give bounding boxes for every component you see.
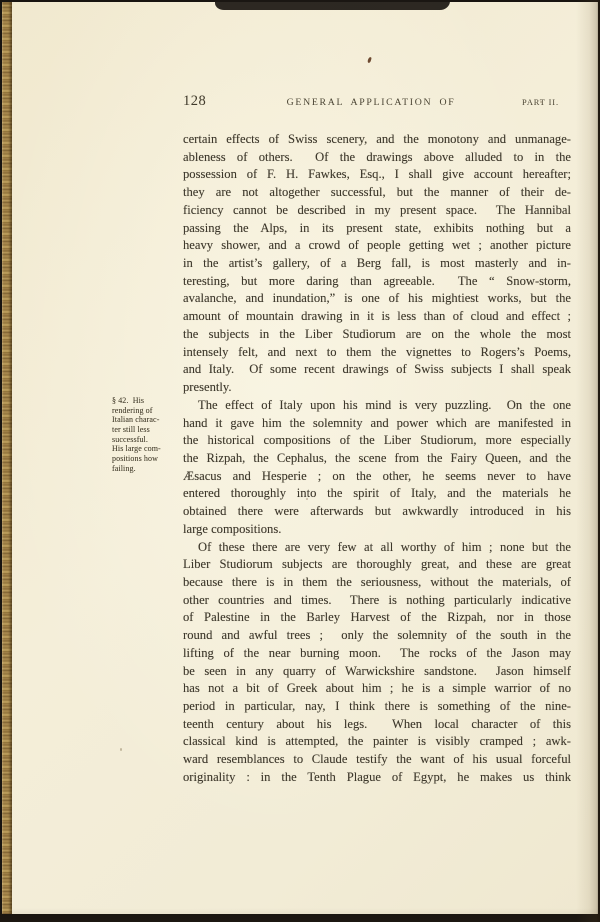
margin-note-line: positions how — [112, 454, 182, 464]
scan-edge-shadow — [215, 0, 450, 10]
text-line: the Rizpah, the Cephalus, the scene from… — [183, 450, 571, 468]
margin-note-line: successful. — [112, 435, 182, 445]
margin-note: § 42. Hisrendering ofItalian charac-ter … — [112, 396, 182, 474]
text-line: teenth century about his legs. When loca… — [183, 716, 571, 734]
margin-note-line: His large com- — [112, 444, 182, 454]
body-text: certain effects of Swiss scenery, and th… — [183, 131, 571, 787]
text-line: originality : in the Tenth Plague of Egy… — [183, 769, 571, 787]
text-line: avalanche, and inundation,” is one of hi… — [183, 290, 571, 308]
text-line: teresting, but more daring than agreeabl… — [183, 273, 571, 291]
page-bottom-shadow — [0, 908, 600, 922]
paragraph: The effect of Italy upon his mind is ver… — [183, 397, 571, 539]
text-line: The effect of Italy upon his mind is ver… — [183, 397, 571, 415]
text-line: round and awful trees ; only the solemni… — [183, 627, 571, 645]
text-line: heavy shower, and a crowd of people gett… — [183, 237, 571, 255]
paper-speck — [540, 101, 542, 103]
book-scan: 128 GENERAL APPLICATION OF PART II. § 42… — [0, 0, 600, 922]
text-line: Of these there are very few at all worth… — [183, 539, 571, 557]
paragraph: certain effects of Swiss scenery, and th… — [183, 131, 571, 397]
text-line: certain effects of Swiss scenery, and th… — [183, 131, 571, 149]
text-line: other countries and times. There is noth… — [183, 592, 571, 610]
text-line: large compositions. — [183, 521, 571, 539]
text-line: amount of mountain drawing in it is less… — [183, 308, 571, 326]
gilt-fore-edge — [2, 2, 12, 914]
text-line: hand it gave him the solemnity and power… — [183, 415, 571, 433]
paper-speck — [120, 748, 122, 751]
text-line: ficiency cannot be described in my prese… — [183, 202, 571, 220]
text-line: period in particular, nay, I think there… — [183, 698, 571, 716]
margin-note-line: Italian charac- — [112, 415, 182, 425]
page-number: 128 — [183, 93, 253, 110]
text-line: the subjects in the Liber Studiorum are … — [183, 326, 571, 344]
text-line: obtained there were afterwards but awkwa… — [183, 503, 571, 521]
text-line: ableness of others. Of the drawings abov… — [183, 149, 571, 167]
text-line: has not a bit of Greek about him ; he is… — [183, 680, 571, 698]
page-gutter-shadow — [576, 0, 600, 922]
text-line: the historical compositions of the Liber… — [183, 432, 571, 450]
text-line: presently. — [183, 379, 571, 397]
paragraph: Of these there are very few at all worth… — [183, 539, 571, 787]
paper-speck — [306, 498, 308, 500]
text-line: lifting of the near burning moon. The ro… — [183, 645, 571, 663]
text-line: passing the Alps, in its present state, … — [183, 220, 571, 238]
part-label: PART II. — [489, 98, 571, 107]
text-line: possession of F. H. Fawkes, Esq., I shal… — [183, 166, 571, 184]
running-head: GENERAL APPLICATION OF — [253, 97, 489, 108]
margin-note-line: rendering of — [112, 406, 182, 416]
margin-note-line: § 42. His — [112, 396, 182, 406]
text-line: classical kind is attempted, the painter… — [183, 733, 571, 751]
text-line: of Palestine in the Barley Harvest of th… — [183, 609, 571, 627]
text-line: ward resemblances to Claude testify the … — [183, 751, 571, 769]
text-line: because there is in them the seriousness… — [183, 574, 571, 592]
text-line: Liber Studiorum subjects are thoroughly … — [183, 556, 571, 574]
text-line: in the artist’s gallery, of a Berg fall,… — [183, 255, 571, 273]
paper-speck — [365, 329, 367, 331]
text-line: be seen in any quarry of Warwickshire sa… — [183, 663, 571, 681]
text-line: they are not altogether successful, but … — [183, 184, 571, 202]
margin-note-line: ter still less — [112, 425, 182, 435]
text-line: Æsacus and Hesperie ; on the other, he s… — [183, 468, 571, 486]
margin-note-line: failing. — [112, 464, 182, 474]
text-line: and Italy. Of some recent drawings of Sw… — [183, 361, 571, 379]
page-header: 128 GENERAL APPLICATION OF PART II. — [183, 93, 571, 110]
text-line: intensely felt, and next to them the vig… — [183, 344, 571, 362]
text-line: entered thoroughly into the spirit of It… — [183, 485, 571, 503]
